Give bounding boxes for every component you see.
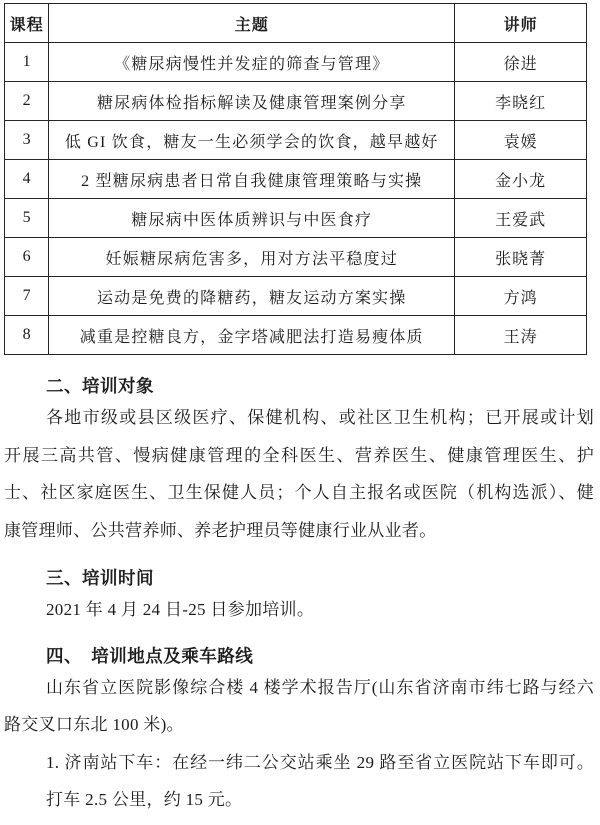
document-page: 课程 主题 讲师 1 《糖尿病慢性并发症的筛查与管理》 徐进 2 糖尿病体检指标… — [0, 0, 600, 825]
course-topic: 2 型糖尿病患者日常自我健康管理策略与实操 — [49, 160, 455, 199]
course-number: 2 — [5, 82, 49, 121]
header-cell-lecturer: 讲师 — [455, 4, 587, 43]
audience-text-line: 士、社区家庭医生、卫生保健人员；个人自主报名或医院（机构选派）、健 — [4, 474, 594, 512]
table-row: 6 妊娠糖尿病危害多，用对方法平稳度过 张晓菁 — [5, 238, 587, 277]
location-text-line: 打车 2.5 公里，约 15 元。 — [4, 781, 594, 819]
header-cell-course: 课程 — [5, 4, 49, 43]
course-topic: 糖尿病体检指标解读及健康管理案例分享 — [49, 82, 455, 121]
table-row: 2 糖尿病体检指标解读及健康管理案例分享 李晓红 — [5, 82, 587, 121]
course-lecturer: 王爱武 — [455, 199, 587, 238]
table-row: 8 减重是控糖良方，金字塔减肥法打造易瘦体质 王涛 — [5, 316, 587, 355]
course-number: 5 — [5, 199, 49, 238]
table-row: 7 运动是免费的降糖药，糖友运动方案实操 方鸿 — [5, 277, 587, 316]
course-topic: 运动是免费的降糖药，糖友运动方案实操 — [49, 277, 455, 316]
audience-text-line: 康管理师、公共营养师、养老护理员等健康行业从业者。 — [4, 512, 594, 550]
course-topic: 妊娠糖尿病危害多，用对方法平稳度过 — [49, 238, 455, 277]
section-heading-audience: 二、培训对象 — [4, 373, 594, 399]
course-topic: 低 GI 饮食，糖友一生必须学会的饮食，越早越好 — [49, 121, 455, 160]
course-number: 7 — [5, 277, 49, 316]
header-cell-topic: 主题 — [49, 4, 455, 43]
table-row: 4 2 型糖尿病患者日常自我健康管理策略与实操 金小龙 — [5, 160, 587, 199]
course-lecturer: 徐进 — [455, 43, 587, 82]
audience-text-line: 各地市级或县区级医疗、保健机构、或社区卫生机构；已开展或计划 — [4, 399, 594, 437]
location-text-line: 1. 济南站下车：在经一纬二公交站乘坐 29 路至省立医院站下车即可。 — [4, 744, 594, 782]
course-number: 3 — [5, 121, 49, 160]
location-text-line: 路交叉口东北 100 米)。 — [4, 706, 594, 744]
course-lecturer: 李晓红 — [455, 82, 587, 121]
course-number: 6 — [5, 238, 49, 277]
section-heading-time: 三、培训时间 — [4, 565, 594, 591]
course-lecturer: 袁媛 — [455, 121, 587, 160]
course-lecturer: 王涛 — [455, 316, 587, 355]
course-topic: 减重是控糖良方，金字塔减肥法打造易瘦体质 — [49, 316, 455, 355]
course-number: 1 — [5, 43, 49, 82]
time-text-line: 2021 年 4 月 24 日-25 日参加培训。 — [4, 591, 594, 629]
table-header-row: 课程 主题 讲师 — [5, 4, 587, 43]
table-row: 3 低 GI 饮食，糖友一生必须学会的饮食，越早越好 袁媛 — [5, 121, 587, 160]
course-topic: 《糖尿病慢性并发症的筛查与管理》 — [49, 43, 455, 82]
course-topic: 糖尿病中医体质辨识与中医食疗 — [49, 199, 455, 238]
section-heading-location: 四、 培训地点及乘车路线 — [4, 643, 594, 669]
table-row: 1 《糖尿病慢性并发症的筛查与管理》 徐进 — [5, 43, 587, 82]
course-schedule-table: 课程 主题 讲师 1 《糖尿病慢性并发症的筛查与管理》 徐进 2 糖尿病体检指标… — [4, 3, 587, 355]
course-lecturer: 金小龙 — [455, 160, 587, 199]
course-lecturer: 张晓菁 — [455, 238, 587, 277]
location-text-line: 山东省立医院影像综合楼 4 楼学术报告厅(山东省济南市纬七路与经六 — [4, 669, 594, 707]
course-number: 4 — [5, 160, 49, 199]
table-row: 5 糖尿病中医体质辨识与中医食疗 王爱武 — [5, 199, 587, 238]
audience-text-line: 开展三高共管、慢病健康管理的全科医生、营养医生、健康管理医生、护 — [4, 437, 594, 475]
course-number: 8 — [5, 316, 49, 355]
course-lecturer: 方鸿 — [455, 277, 587, 316]
